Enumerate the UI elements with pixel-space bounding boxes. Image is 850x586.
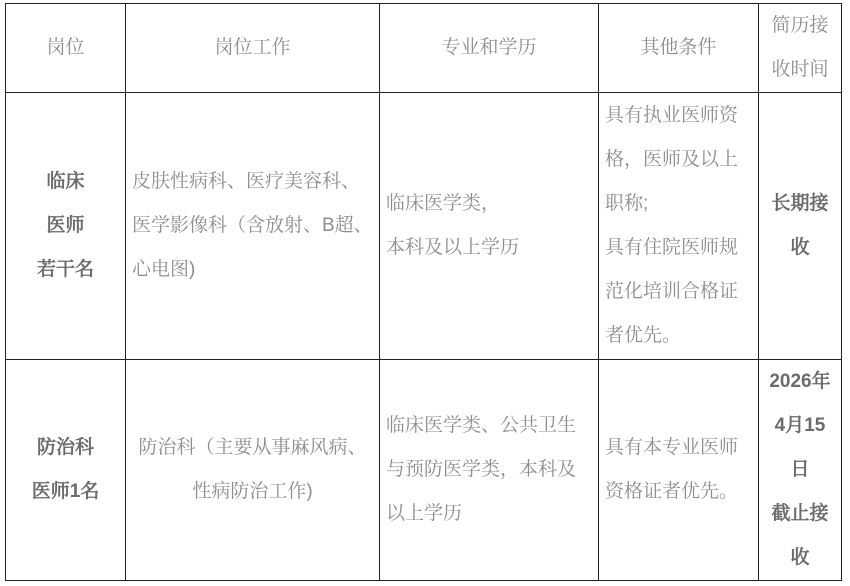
cell-row1-position: 临床 医师 若干名 xyxy=(6,93,126,360)
header-position: 岗位 xyxy=(6,4,126,93)
page: 岗位 岗位工作 专业和学历 其他条件 简历接 收时间 临床 医师 若干名 皮肤性… xyxy=(0,0,850,586)
cell-row2-job: 防治科（主要从事麻风病、 性病防治工作) xyxy=(126,360,380,581)
cell-row1-job: 皮肤性病科、医疗美容科、 医学影像科（含放射、B超、 心电图) xyxy=(126,93,380,360)
table-header-row: 岗位 岗位工作 专业和学历 其他条件 简历接 收时间 xyxy=(6,4,842,93)
cell-row2-deadline: 2026年 4月15 日 截止接 收 xyxy=(759,360,842,581)
cell-row2-major: 临床医学类、公共卫生 与预防医学类，本科及 以上学历 xyxy=(380,360,599,581)
recruitment-table: 岗位 岗位工作 专业和学历 其他条件 简历接 收时间 临床 医师 若干名 皮肤性… xyxy=(5,3,842,581)
cell-row2-other: 具有本专业医师 资格证者优先。 xyxy=(599,360,759,581)
table-row: 防治科 医师1名 防治科（主要从事麻风病、 性病防治工作) 临床医学类、公共卫生… xyxy=(6,360,842,581)
cell-row1-major: 临床医学类， 本科及以上学历 xyxy=(380,93,599,360)
table-row: 临床 医师 若干名 皮肤性病科、医疗美容科、 医学影像科（含放射、B超、 心电图… xyxy=(6,93,842,360)
cell-row1-deadline: 长期接 收 xyxy=(759,93,842,360)
cell-row2-position: 防治科 医师1名 xyxy=(6,360,126,581)
header-deadline: 简历接 收时间 xyxy=(759,4,842,93)
header-job: 岗位工作 xyxy=(126,4,380,93)
header-major: 专业和学历 xyxy=(380,4,599,93)
header-other: 其他条件 xyxy=(599,4,759,93)
cell-row1-other: 具有执业医师资 格，医师及以上 职称; 具有住院医师规 范化培训合格证 者优先。 xyxy=(599,93,759,360)
